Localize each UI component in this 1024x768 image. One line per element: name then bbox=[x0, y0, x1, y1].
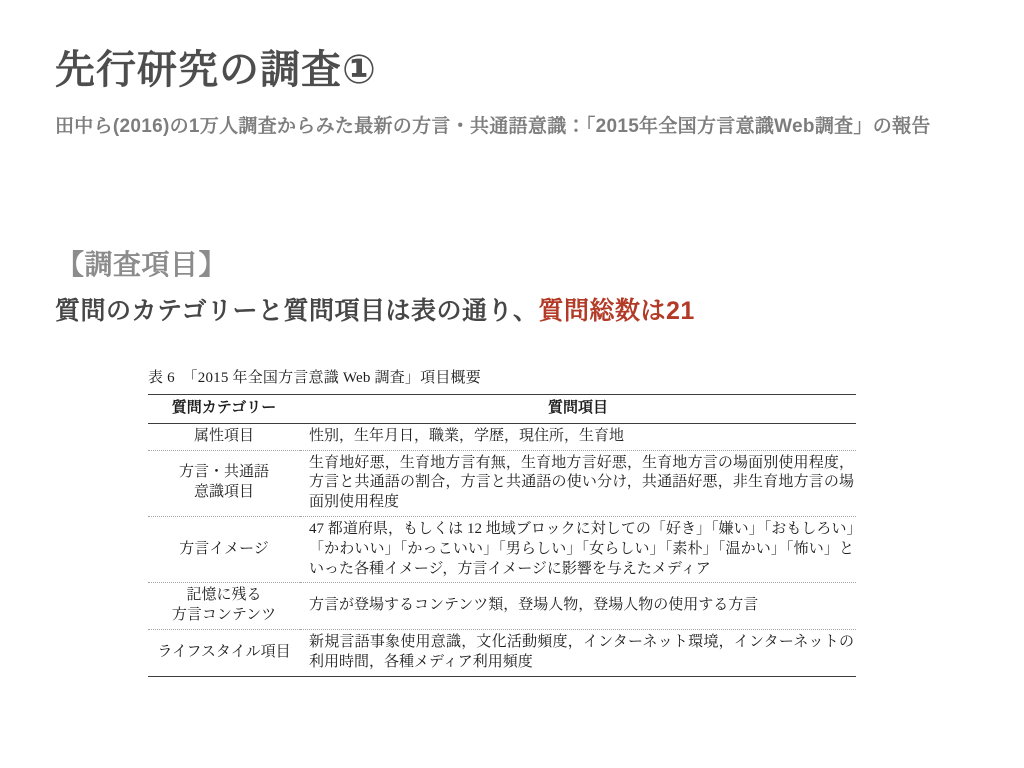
slide: 先行研究の調査① 田中ら(2016)の1万人調査からみた最新の方言・共通語意識：… bbox=[0, 0, 1024, 768]
items-cell: 47 都道府県，もしくは 12 地域ブロックに対しての「好き」「嫌い」「おもしろ… bbox=[300, 516, 856, 582]
section-heading: 【調査項目】 bbox=[56, 243, 227, 283]
table-row: 方言イメージ47 都道府県，もしくは 12 地域ブロックに対しての「好き」「嫌い… bbox=[148, 516, 856, 582]
items-cell: 新規言語事象使用意識，文化活動頻度，インターネット環境，インターネットの利用時間… bbox=[300, 629, 856, 676]
page-title: 先行研究の調査① bbox=[55, 46, 377, 94]
category-cell: 方言イメージ bbox=[148, 516, 300, 582]
slide-subtitle: 田中ら(2016)の1万人調査からみた最新の方言・共通語意識：「2015年全国方… bbox=[55, 111, 931, 138]
lead-sentence: 質問のカテゴリーと質問項目は表の通り、質問総数は21 bbox=[55, 291, 695, 327]
items-cell: 方言が登場するコンテンツ類，登場人物，登場人物の使用する方言 bbox=[300, 583, 856, 630]
table-row: ライフスタイル項目新規言語事象使用意識，文化活動頻度，インターネット環境，インタ… bbox=[148, 629, 856, 676]
table-body: 属性項目性別，生年月日，職業，学歴，現住所，生育地方言・共通語 意識項目生育地好… bbox=[148, 423, 856, 676]
table-row: 属性項目性別，生年月日，職業，学歴，現住所，生育地 bbox=[148, 423, 856, 450]
table-header-row: 質問カテゴリー 質問項目 bbox=[148, 395, 856, 424]
category-cell: 記憶に残る 方言コンテンツ bbox=[148, 583, 300, 630]
category-cell: 方言・共通語 意識項目 bbox=[148, 450, 300, 516]
column-header-items: 質問項目 bbox=[300, 395, 856, 424]
table-caption: 表 6 「2015 年全国方言意識 Web 調査」項目概要 bbox=[148, 366, 856, 387]
survey-items-table: 質問カテゴリー 質問項目 属性項目性別，生年月日，職業，学歴，現住所，生育地方言… bbox=[148, 394, 856, 677]
table-row: 記憶に残る 方言コンテンツ方言が登場するコンテンツ類，登場人物，登場人物の使用す… bbox=[148, 583, 856, 630]
table-row: 方言・共通語 意識項目生育地好悪，生育地方言有無，生育地方言好悪，生育地方言の場… bbox=[148, 450, 856, 516]
survey-table-block: 表 6 「2015 年全国方言意識 Web 調査」項目概要 質問カテゴリー 質問… bbox=[148, 366, 856, 677]
category-cell: 属性項目 bbox=[148, 423, 300, 450]
column-header-category: 質問カテゴリー bbox=[148, 395, 300, 424]
items-cell: 生育地好悪，生育地方言有無，生育地方言好悪，生育地方言の場面別使用程度，方言と共… bbox=[300, 450, 856, 516]
lead-text: 質問のカテゴリーと質問項目は表の通り、 bbox=[55, 297, 539, 325]
category-cell: ライフスタイル項目 bbox=[148, 629, 300, 676]
lead-highlight: 質問総数は21 bbox=[539, 297, 695, 325]
items-cell: 性別，生年月日，職業，学歴，現住所，生育地 bbox=[300, 423, 856, 450]
